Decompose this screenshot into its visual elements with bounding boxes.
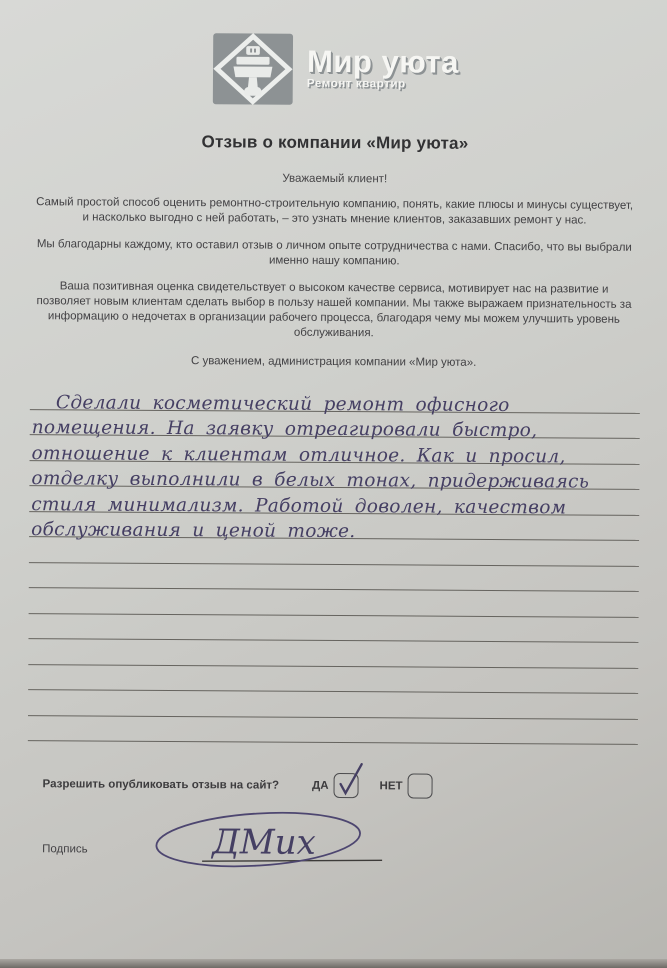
handwritten-review-area: Сделали косметический ремонт офисного по… bbox=[28, 384, 640, 745]
handwritten-text: стиля минимализм. Работой доволен, качес… bbox=[29, 495, 566, 517]
handwritten-text: отношение к клиентам отличное. Как и про… bbox=[30, 444, 566, 466]
logo-subtitle: Ремонт квартир bbox=[307, 78, 459, 91]
review-line bbox=[29, 588, 639, 617]
review-line bbox=[28, 716, 638, 745]
review-line bbox=[28, 665, 638, 694]
feedback-value-paragraph: Ваша позитивная оценка свидетельствует о… bbox=[33, 279, 634, 343]
intro-paragraph: Самый простой способ оценить ремонтно-ст… bbox=[34, 195, 635, 229]
handwritten-check-icon bbox=[334, 762, 368, 800]
paintbrush-diamond-icon bbox=[212, 32, 294, 105]
signature-label: Подпись bbox=[42, 843, 88, 855]
svg-text:ДМих: ДМих bbox=[210, 822, 316, 863]
publish-question-label: Разрешить опубликовать отзыв на сайт? bbox=[43, 778, 280, 791]
closing-line: С уважением, администрация компании «Мир… bbox=[0, 354, 667, 370]
review-line bbox=[29, 563, 639, 592]
thanks-paragraph: Мы благодарны каждому, кто оставил отзыв… bbox=[34, 237, 635, 271]
signature-row: Подпись ДМих bbox=[42, 810, 664, 878]
handwritten-text: отделку выполнили в белых тонах, придерж… bbox=[29, 469, 589, 491]
yes-label: ДА bbox=[312, 779, 329, 791]
logo-company-name: Мир уюта bbox=[307, 47, 459, 78]
no-label: НЕТ bbox=[380, 780, 403, 792]
review-line bbox=[28, 690, 638, 719]
greeting-text: Уважаемый клиент! bbox=[1, 171, 667, 187]
signature-icon: ДМих bbox=[150, 811, 390, 876]
review-line bbox=[28, 639, 638, 668]
company-logo: Мир уюта Ремонт квартир bbox=[2, 0, 667, 108]
page-title: Отзыв о компании «Мир уюта» bbox=[1, 131, 667, 155]
publish-consent-row: Разрешить опубликовать отзыв на сайт? ДА… bbox=[42, 771, 664, 800]
review-line bbox=[28, 614, 638, 643]
no-checkbox[interactable] bbox=[408, 773, 433, 798]
signature: ДМих bbox=[150, 811, 390, 876]
paper-edge-shadow bbox=[0, 959, 667, 968]
handwritten-text: обслуживания и ценой тоже. bbox=[29, 520, 356, 541]
handwritten-text: помещения. На заявку отреагировали быстр… bbox=[30, 418, 538, 440]
yes-checkbox[interactable] bbox=[334, 773, 359, 798]
document-photo: Мир уюта Ремонт квартир Отзыв о компании… bbox=[0, 0, 667, 968]
handwritten-text: Сделали косметический ремонт офисного bbox=[30, 393, 510, 415]
review-line: Сделали косметический ремонт офисного bbox=[30, 384, 640, 413]
